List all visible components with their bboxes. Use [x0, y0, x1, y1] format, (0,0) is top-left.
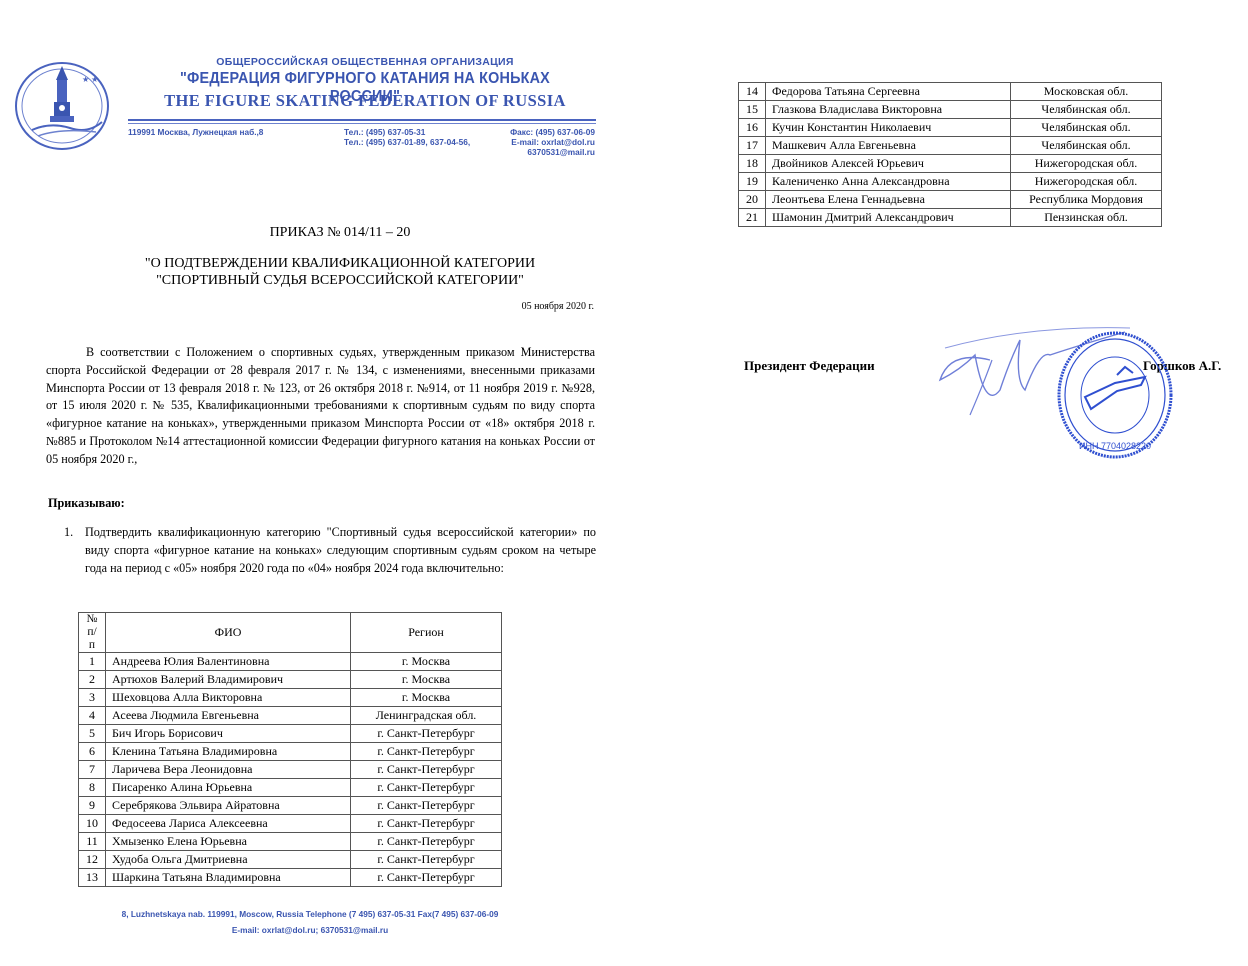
cell-number: 6 [79, 743, 106, 761]
table-row: 6Кленина Татьяна Владимировнаг. Санкт-Пе… [79, 743, 502, 761]
cell-name: Машкевич Алла Евгеньевна [766, 137, 1011, 155]
table-row: 19Калениченко Анна АлександровнаНижегоро… [739, 173, 1162, 191]
cell-region: г. Москва [351, 671, 502, 689]
table-row: 18Двойников Алексей ЮрьевичНижегородская… [739, 155, 1162, 173]
cell-number: 20 [739, 191, 766, 209]
org-name-en: THE FIGURE SKATING FEDERATION OF RUSSIA [120, 91, 610, 111]
header-region: Регион [351, 613, 502, 653]
letterhead-divider-thin [128, 123, 596, 124]
cell-number: 3 [79, 689, 106, 707]
cell-name: Глазкова Владислава Викторовна [766, 101, 1011, 119]
cell-name: Шамонин Дмитрий Александрович [766, 209, 1011, 227]
cell-region: г. Санкт-Петербург [351, 743, 502, 761]
cell-region: г. Санкт-Петербург [351, 797, 502, 815]
svg-text:★ ★: ★ ★ [82, 75, 98, 84]
cell-number: 16 [739, 119, 766, 137]
cell-number: 15 [739, 101, 766, 119]
cell-region: г. Санкт-Петербург [351, 833, 502, 851]
judges-table: № п/п ФИО Регион 1Андреева Юлия Валентин… [78, 612, 502, 887]
order-directive: Приказываю: [48, 496, 125, 511]
cell-name: Федорова Татьяна Сергеевна [766, 83, 1011, 101]
table-row: 12Худоба Ольга Дмитриевнаг. Санкт-Петерб… [79, 851, 502, 869]
judges-table-continued: 14Федорова Татьяна СергеевнаМосковская о… [738, 82, 1162, 227]
cell-number: 17 [739, 137, 766, 155]
cell-number: 5 [79, 725, 106, 743]
cell-name: Ларичева Вера Леонидовна [106, 761, 351, 779]
org-type: ОБЩЕРОССИЙСКАЯ ОБЩЕСТВЕННАЯ ОРГАНИЗАЦИЯ [120, 56, 610, 68]
cell-number: 21 [739, 209, 766, 227]
preamble-paragraph: В соответствии с Положением о спортивных… [46, 344, 595, 469]
cell-number: 4 [79, 707, 106, 725]
cell-number: 19 [739, 173, 766, 191]
cell-region: г. Санкт-Петербург [351, 761, 502, 779]
federation-logo-icon: ★ ★ [10, 58, 118, 154]
cell-name: Андреева Юлия Валентиновна [106, 653, 351, 671]
cell-region: г. Санкт-Петербург [351, 725, 502, 743]
table-row: 20Леонтьева Елена ГеннадьевнаРеспублика … [739, 191, 1162, 209]
org-phones: Тел.: (495) 637-05-31 Тел.: (495) 637-01… [344, 127, 470, 147]
cell-name: Кучин Константин Николаевич [766, 119, 1011, 137]
cell-region: Челябинская обл. [1011, 119, 1162, 137]
email: E-mail: oxrlat@dol.ru [497, 137, 595, 147]
table-row: 13Шаркина Татьяна Владимировнаг. Санкт-П… [79, 869, 502, 887]
order-subject: "О ПОДТВЕРЖДЕНИИ КВАЛИФИКАЦИОННОЙ КАТЕГО… [60, 255, 620, 289]
footer-address: 8, Luzhnetskaya nab. 119991, Moscow, Rus… [60, 909, 560, 919]
cell-region: Ленинградская обл. [351, 707, 502, 725]
cell-number: 7 [79, 761, 106, 779]
cell-name: Бич Игорь Борисович [106, 725, 351, 743]
subject-line-1: "О ПОДТВЕРЖДЕНИИ КВАЛИФИКАЦИОННОЙ КАТЕГО… [60, 255, 620, 272]
org-address: 119991 Москва, Лужнецкая наб.,8 [128, 127, 263, 137]
table-row: 16Кучин Константин НиколаевичЧелябинская… [739, 119, 1162, 137]
cell-name: Калениченко Анна Александровна [766, 173, 1011, 191]
email-2: 6370531@mail.ru [497, 147, 595, 157]
table-row: 5Бич Игорь Борисовичг. Санкт-Петербург [79, 725, 502, 743]
item-number: 1. [64, 524, 73, 542]
cell-region: г. Санкт-Петербург [351, 779, 502, 797]
org-fax-email: Факс: (495) 637-06-09 E-mail: oxrlat@dol… [497, 127, 595, 157]
letterhead-divider [128, 119, 596, 121]
cell-name: Худоба Ольга Дмитриевна [106, 851, 351, 869]
table-row: 7Ларичева Вера Леонидовнаг. Санкт-Петерб… [79, 761, 502, 779]
cell-name: Шеховцова Алла Викторовна [106, 689, 351, 707]
fax: Факс: (495) 637-06-09 [497, 127, 595, 137]
official-stamp-icon: ИНН 7704028220 [1055, 327, 1175, 462]
cell-region: г. Санкт-Петербург [351, 815, 502, 833]
cell-name: Шаркина Татьяна Владимировна [106, 869, 351, 887]
cell-number: 8 [79, 779, 106, 797]
table-row: 8Писаренко Алина Юрьевнаг. Санкт-Петербу… [79, 779, 502, 797]
cell-name: Кленина Татьяна Владимировна [106, 743, 351, 761]
signatory-title: Президент Федерации [744, 358, 875, 374]
cell-region: г. Москва [351, 689, 502, 707]
cell-region: Челябинская обл. [1011, 101, 1162, 119]
phone-line-2: Тел.: (495) 637-01-89, 637-04-56, [344, 137, 470, 147]
cell-number: 2 [79, 671, 106, 689]
header-number: № п/п [79, 613, 106, 653]
cell-region: Московская обл. [1011, 83, 1162, 101]
cell-region: Пензинская обл. [1011, 209, 1162, 227]
stamp-inn: ИНН 7704028220 [1079, 441, 1151, 451]
header-name: ФИО [106, 613, 351, 653]
cell-number: 12 [79, 851, 106, 869]
order-date: 05 ноября 2020 г. [522, 301, 594, 312]
cell-name: Артюхов Валерий Владимирович [106, 671, 351, 689]
cell-region: Республика Мордовия [1011, 191, 1162, 209]
cell-name: Серебрякова Эльвира Айратовна [106, 797, 351, 815]
cell-number: 18 [739, 155, 766, 173]
cell-name: Асеева Людмила Евгеньевна [106, 707, 351, 725]
cell-region: г. Санкт-Петербург [351, 851, 502, 869]
cell-name: Писаренко Алина Юрьевна [106, 779, 351, 797]
cell-region: Нижегородская обл. [1011, 173, 1162, 191]
cell-name: Хмызенко Елена Юрьевна [106, 833, 351, 851]
cell-name: Леонтьева Елена Геннадьевна [766, 191, 1011, 209]
item-text: Подтвердить квалификационную категорию "… [85, 524, 596, 577]
phone-line-1: Тел.: (495) 637-05-31 [344, 127, 470, 137]
document-page-1: ★ ★ ОБЩЕРОССИЙСКАЯ ОБЩЕСТВЕННАЯ ОРГАНИЗА… [0, 0, 624, 966]
cell-name: Двойников Алексей Юрьевич [766, 155, 1011, 173]
order-item-1: 1. Подтвердить квалификационную категори… [64, 524, 596, 577]
cell-number: 10 [79, 815, 106, 833]
cell-region: Нижегородская обл. [1011, 155, 1162, 173]
cell-name: Федосеева Лариса Алексеевна [106, 815, 351, 833]
table-row: 1Андреева Юлия Валентиновнаг. Москва [79, 653, 502, 671]
cell-number: 9 [79, 797, 106, 815]
order-title: ПРИКАЗ № 014/11 – 20 [60, 225, 620, 241]
table-row: 11Хмызенко Елена Юрьевнаг. Санкт-Петербу… [79, 833, 502, 851]
cell-region: г. Санкт-Петербург [351, 869, 502, 887]
cell-region: г. Москва [351, 653, 502, 671]
table-row: 10Федосеева Лариса Алексеевнаг. Санкт-Пе… [79, 815, 502, 833]
subject-line-2: "СПОРТИВНЫЙ СУДЬЯ ВСЕРОССИЙСКОЙ КАТЕГОРИ… [60, 272, 620, 289]
cell-number: 13 [79, 869, 106, 887]
table-row: 17Машкевич Алла ЕвгеньевнаЧелябинская об… [739, 137, 1162, 155]
cell-region: Челябинская обл. [1011, 137, 1162, 155]
table-row: 21Шамонин Дмитрий АлександровичПензинска… [739, 209, 1162, 227]
table-row: 9Серебрякова Эльвира Айратовнаг. Санкт-П… [79, 797, 502, 815]
cell-number: 1 [79, 653, 106, 671]
table-row: 3Шеховцова Алла Викторовнаг. Москва [79, 689, 502, 707]
cell-number: 14 [739, 83, 766, 101]
table-row: 15Глазкова Владислава ВикторовнаЧелябинс… [739, 101, 1162, 119]
cell-number: 11 [79, 833, 106, 851]
table-row: 4Асеева Людмила ЕвгеньевнаЛенинградская … [79, 707, 502, 725]
footer-email: E-mail: oxrlat@dol.ru; 6370531@mail.ru [60, 925, 560, 935]
table-row: 2Артюхов Валерий Владимировичг. Москва [79, 671, 502, 689]
table-row: 14Федорова Татьяна СергеевнаМосковская о… [739, 83, 1162, 101]
table-header-row: № п/п ФИО Регион [79, 613, 502, 653]
